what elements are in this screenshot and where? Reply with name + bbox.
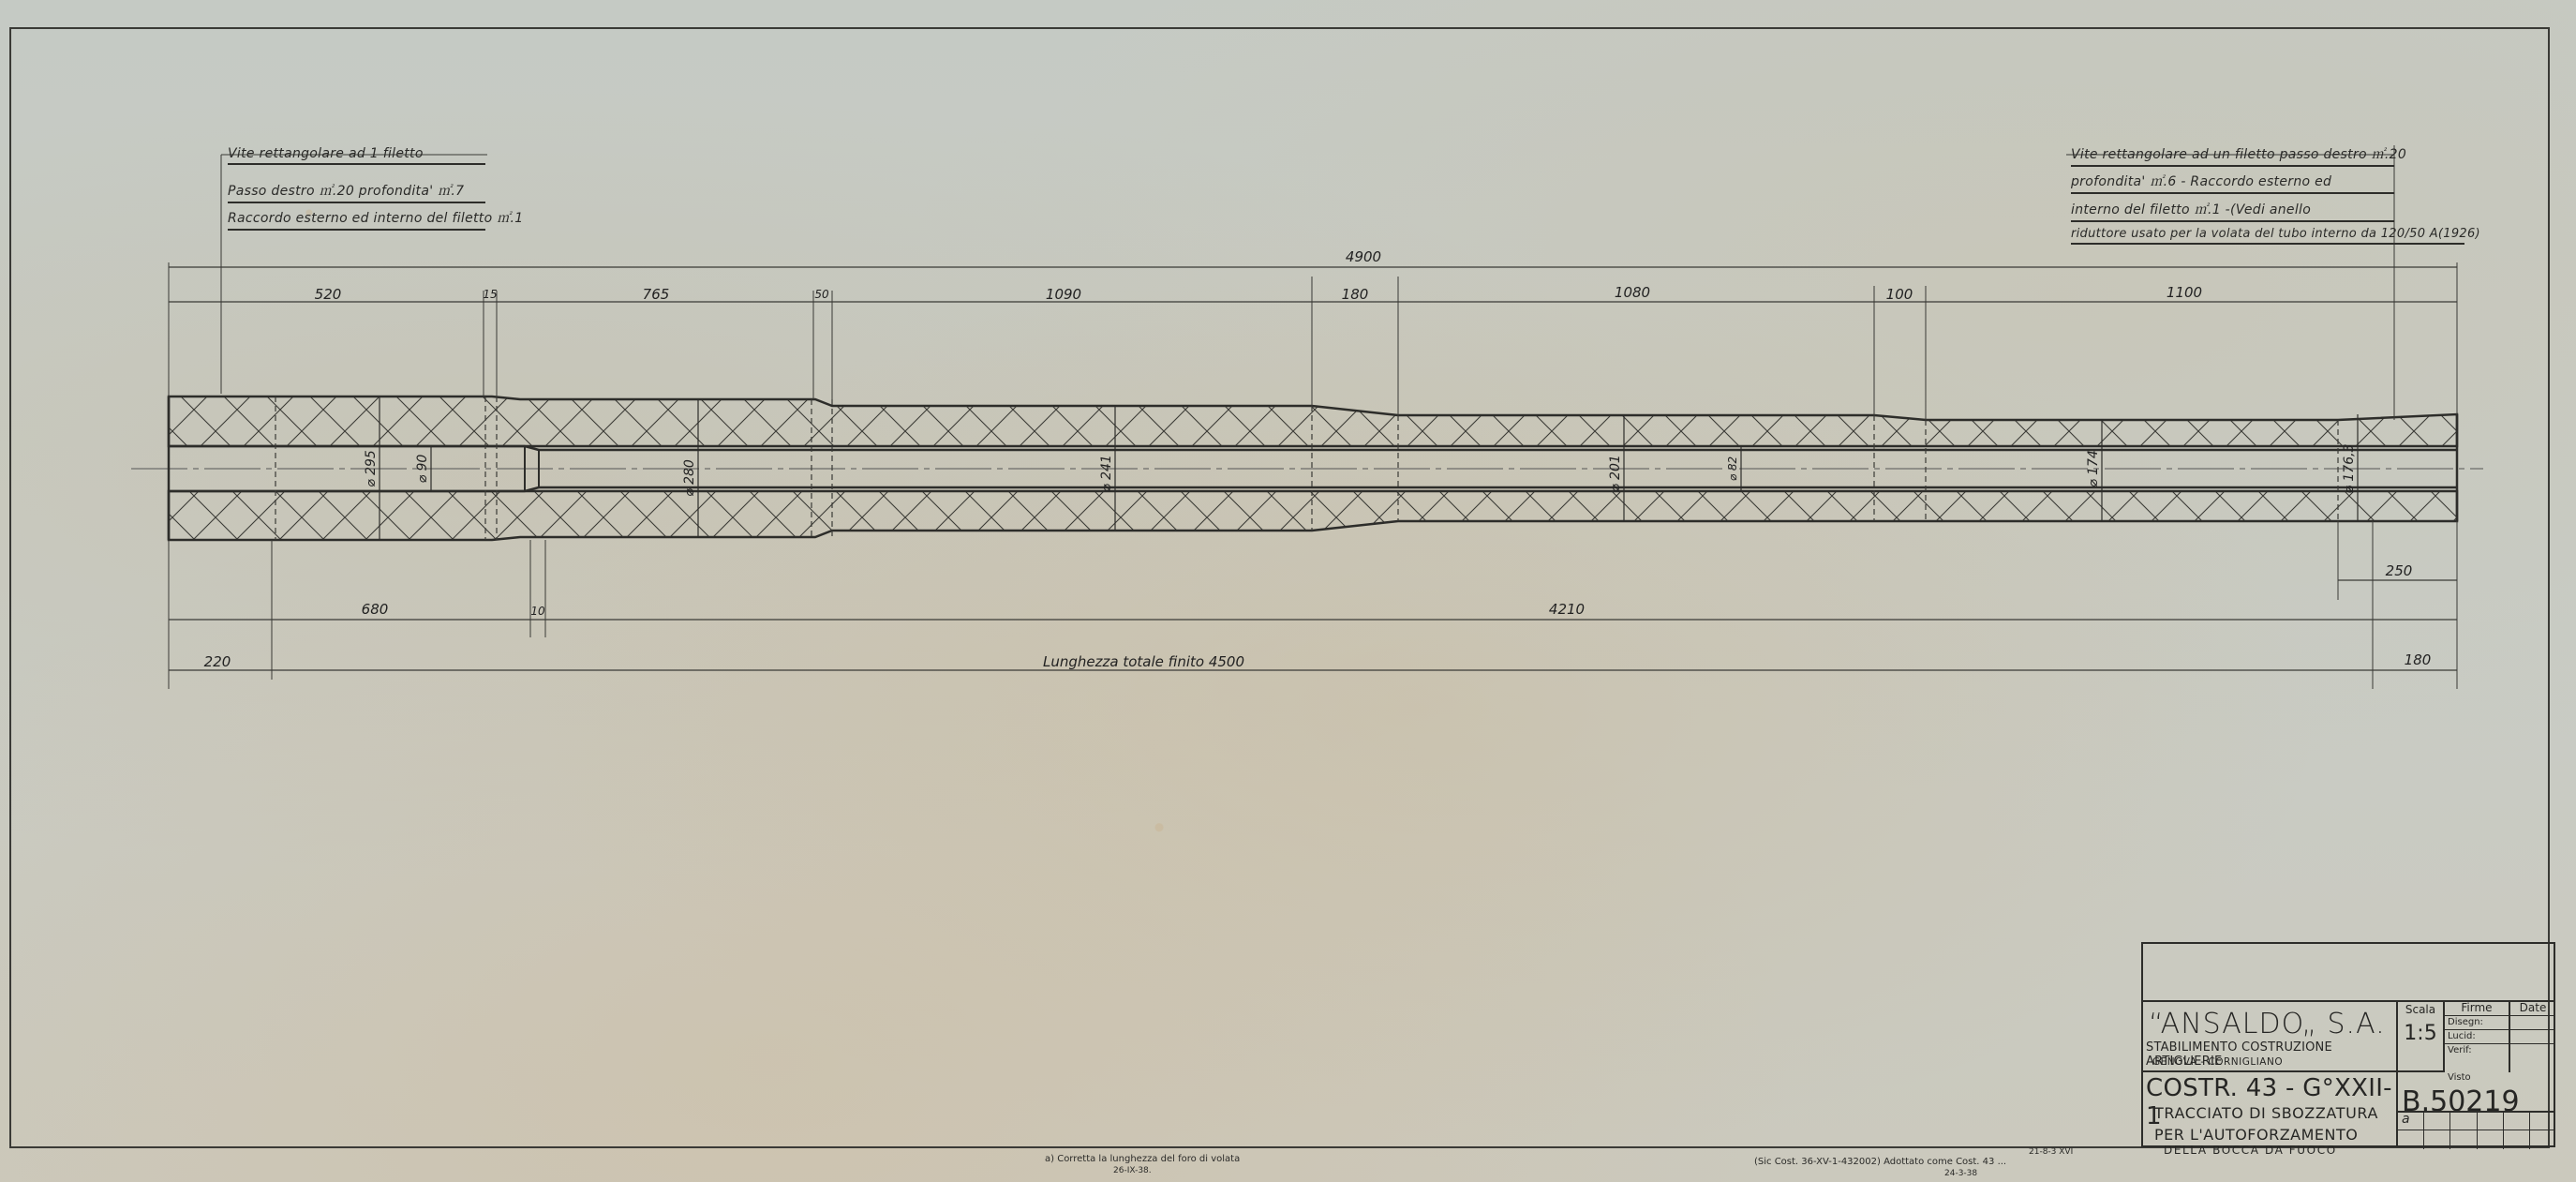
- plant-location: GENOVA - CORNIGLIANO: [2152, 1056, 2283, 1068]
- firme-label: Firme: [2445, 1000, 2509, 1016]
- lower-wall: [169, 491, 2457, 540]
- note-left-3: Raccordo esterno ed interno del filetto …: [228, 208, 485, 231]
- dim-4210: 4210: [1549, 601, 1585, 618]
- revision-note-b-date: 21-8-3 XVI: [2029, 1147, 2073, 1157]
- dim-520: 520: [315, 286, 342, 303]
- dia-280: ⌀ 280: [682, 459, 697, 497]
- dates-cell: Date: [2510, 1000, 2555, 1072]
- dia-295: ⌀ 295: [364, 450, 379, 487]
- scale-value: 1:5: [2398, 1022, 2443, 1045]
- date-label: Date: [2510, 1000, 2555, 1016]
- note-right-4: riduttore usato per la volata del tubo i…: [2071, 227, 2464, 245]
- signature-traced: Lucid:: [2445, 1030, 2509, 1044]
- revision-note-b-date2: 24-3-38: [1944, 1169, 1977, 1178]
- dim-100: 100: [1886, 286, 1913, 303]
- signatures-cell: Firme Disegn: Lucid: Verif:: [2445, 1000, 2510, 1072]
- dim-765: 765: [643, 286, 670, 303]
- revision-note-b: (Sic Cost. 36-XV-1-432002) Adottato come…: [1754, 1157, 2006, 1167]
- note-right-1: Vite rettangolare ad un filetto passo de…: [2071, 144, 2394, 167]
- construction-code: COSTR. 43 - G°XXII-1: [2146, 1074, 2396, 1130]
- signature-verified: Verif:: [2445, 1044, 2509, 1057]
- scale-cell: Scala 1:5: [2398, 1000, 2445, 1072]
- revision-letter: a: [2402, 1112, 2410, 1127]
- title-block-blank-area: [2143, 944, 2554, 1002]
- drawing-title-line3: DELLA BOCCA DA FUOCO: [2164, 1144, 2337, 1157]
- title-cell: COSTR. 43 - G°XXII-1 TRACCIATO DI SBOZZA…: [2143, 1072, 2398, 1147]
- note-left-2: Passo destro ㎡.20 profondita' ㎡.7: [228, 181, 485, 203]
- scale-label: Scala: [2398, 1003, 2443, 1016]
- dia-176-3: ⌀ 176,3: [2342, 444, 2357, 494]
- signature-drawn: Disegn:: [2445, 1016, 2509, 1030]
- dim-1090: 1090: [1046, 286, 1081, 303]
- dim-250: 250: [2386, 562, 2413, 579]
- revision-note-a: a) Corretta la lunghezza del foro di vol…: [1045, 1154, 1240, 1164]
- dim-180: 180: [1342, 286, 1369, 303]
- dim-1080: 1080: [1615, 284, 1650, 301]
- dim-180-bottom: 180: [2405, 651, 2432, 668]
- dia-90: ⌀ 90: [415, 455, 430, 484]
- note-right-3: interno del filetto ㎡.1 -(Vedi anello: [2071, 200, 2394, 222]
- drawing-sheet: Vite rettangolare ad 1 filetto Passo des…: [0, 0, 2576, 1182]
- dim-50: 50: [814, 288, 828, 301]
- dim-15: 15: [483, 288, 497, 301]
- drawing-title-line2: PER L'AUTOFORZAMENTO: [2154, 1126, 2358, 1144]
- dia-201: ⌀ 201: [1608, 455, 1623, 492]
- upper-wall: [169, 396, 2457, 446]
- title-block: “ANSALDO„ S.A. STABILIMENTO COSTRUZIONE …: [2141, 942, 2555, 1147]
- note-left-1: Vite rettangolare ad 1 filetto: [228, 146, 485, 165]
- dim-220: 220: [204, 653, 231, 670]
- note-right-2: profondita' ㎡.6 - Raccordo esterno ed: [2071, 172, 2394, 194]
- total-length-caption: Lunghezza totale finito 4500: [1043, 653, 1244, 670]
- drawing-title-line1: TRACCIATO DI SBOZZATURA: [2154, 1104, 2378, 1122]
- company-cell: “ANSALDO„ S.A. STABILIMENTO COSTRUZIONE …: [2143, 1000, 2398, 1072]
- dim-10: 10: [530, 605, 544, 618]
- dim-680: 680: [362, 601, 389, 618]
- company-name: “ANSALDO„ S.A.: [2149, 1008, 2386, 1040]
- dim-overall-4900: 4900: [1346, 248, 1381, 265]
- dim-1100: 1100: [2167, 284, 2202, 301]
- dia-241: ⌀ 241: [1099, 455, 1114, 492]
- revision-grid: a: [2398, 1111, 2555, 1149]
- revision-note-a-date: 26-IX-38.: [1113, 1166, 1152, 1175]
- dia-174: ⌀ 174: [2086, 450, 2101, 487]
- dia-82: ⌀ 82: [1726, 456, 1739, 481]
